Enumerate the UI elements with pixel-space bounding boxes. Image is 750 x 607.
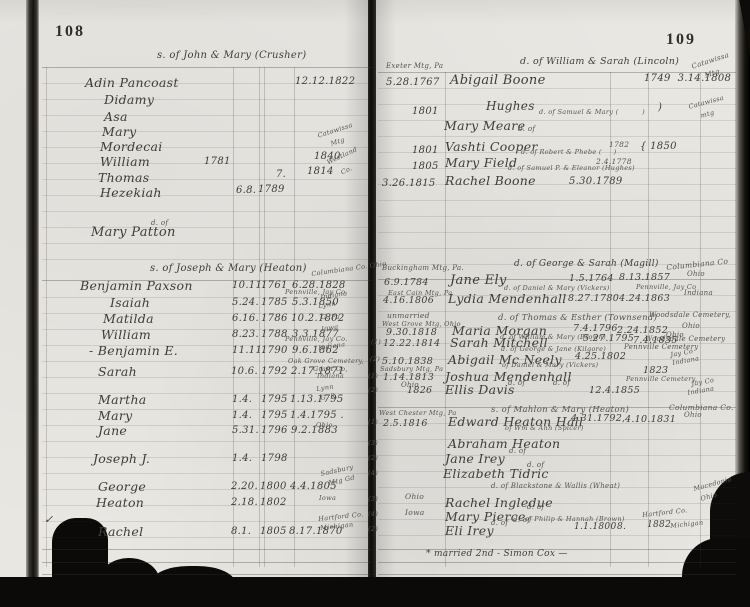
left-page-section-b-rows-2-name: Matilda [103, 312, 154, 325]
ledger-rule-horizontal [378, 136, 736, 137]
left-page-loose-sup: d. of [151, 220, 168, 227]
right-page-top-r6-name: Rachel Boone [445, 174, 536, 187]
ledger-rule-horizontal [378, 503, 736, 504]
right-page-bot-r1-pl: Ohio [684, 412, 702, 419]
left-page-section-a-rows-2-name: Asa [104, 110, 128, 123]
left-page-section-a-rows-6-death: 1814 [307, 167, 334, 178]
right-page-mid-r8-num: (2) [368, 387, 378, 394]
ledger-rule-horizontal [378, 120, 736, 121]
left-page-section-b-rows-10-birth-year: 1800 [260, 482, 287, 493]
right-page-mid-r8-d: 12.4.1855 [589, 386, 640, 396]
right-page-bot-r8-pl: Michigan [670, 520, 704, 530]
right-page-bot-r8-name: Eli Irey [445, 524, 494, 537]
right-page-top-r4-year: 1782 [609, 141, 629, 149]
ledger-rule-horizontal [42, 147, 372, 148]
right-page-mid-r4-pl: Ohio [682, 323, 700, 330]
book-binding-edge [26, 0, 39, 607]
right-page-bot-r6-num: (3) [368, 496, 378, 503]
left-page-section-b-rows-5-note1: Oak Grove Cemetery, [288, 358, 364, 365]
left-page-section-b-rows-0-name: Benjamin Paxson [80, 279, 193, 292]
right-page-mid-r5-pl: Ohio [666, 332, 684, 339]
left-page-section-b-rows-1-birth-md: 5.24. [232, 298, 259, 309]
right-page-mid-r5-date: 12.22.1814 [383, 339, 440, 349]
right-page-top-r3-sup: d. of [518, 126, 535, 133]
right-page-top-r5-date: 1805 [412, 162, 439, 173]
left-page-section-b-rows-1-birth-year: 1785 [261, 298, 288, 309]
right-page-mid-r2-d: 4.24.1863 [619, 294, 670, 304]
right-page-top-r6-bd: 5.30.1789 [569, 177, 623, 188]
right-page-bot-r8-num: (2) [368, 526, 378, 533]
right-page-mid-r4-parents: d. of Thomas & Esther (Townsend) [498, 314, 657, 323]
left-page-section-b-rows-11-birth-md: 2.18. [231, 498, 258, 509]
right-page-bot-r6-sup: d. of [527, 504, 544, 511]
right-page-top-r5-parents: d. of Samuel P. & Eleanor (Hughes) [508, 165, 635, 172]
left-page-section-b-rows-2-birth-year: 1786 [261, 314, 288, 325]
right-page-top-r1-bd: 1749 3.14.1808 [644, 74, 731, 85]
left-page-section-b-rows-3-birth-md: 8.23. [232, 330, 259, 341]
left-page-section-b-rows-2-note1: G. Pa. [321, 314, 342, 321]
left-page-section-a-rows-7-name: Hezekiah [100, 186, 162, 199]
ledger-rule-horizontal [378, 471, 736, 472]
left-page-section-b-rows-7-birth-md: 1.4. [232, 411, 252, 422]
left-page-section-b-rows-5-note3: Indiana [317, 373, 344, 380]
left-page-section-b-rows-5-birth-md: 10.6. [231, 367, 258, 378]
right-page-mid-r5-num: (1) [371, 339, 381, 346]
right-page-top-parents: d. of William & Sarah (Lincoln) [520, 57, 679, 67]
right-page-mid-r1-pl: Ohio [687, 271, 705, 278]
right-page-bot-r1-b: 4.31.1792, [571, 414, 625, 424]
left-page-section-a-parents-note: s. of John & Mary (Crusher) [157, 51, 306, 62]
left-page-section-b-rows-8-note1: Ohio [316, 422, 333, 429]
right-page-top-r3-name: Mary Meare [444, 119, 525, 132]
left-page-section-a-rows-6-death-md: 7. [276, 170, 286, 181]
left-page-section-a-rows-6-name: Thomas [98, 171, 149, 184]
ledger-rule-horizontal [378, 248, 736, 249]
right-page-bot-r6-pl: Ohio [405, 493, 424, 501]
left-page-section-b-rows-4-birth-year: 1790 [261, 346, 288, 357]
right-page-mid-r4-date: 9.30.1818 [386, 328, 437, 338]
left-page-section-b-rows-10-birth-md: 2.20. [231, 482, 258, 493]
right-page-bot-r3-name: Jane Irey [445, 452, 505, 465]
left-page-section-a-rows-5-birth-year: 1781 [204, 157, 231, 168]
left-page-section-b-rows-6-birth-md: 1.4. [232, 395, 252, 406]
left-page-section-b-rows-3-name: William [101, 328, 151, 341]
right-page-top-r5-name: Mary Field [445, 156, 517, 169]
right-page-bot-r7-num: (4) [368, 511, 378, 518]
right-page-mid-r7-sup: d. of [553, 380, 570, 387]
right-page-top-r2-name: Hughes [486, 100, 535, 113]
right-page-bot-r8-sup: d. of [491, 520, 508, 527]
right-page-bot-r4-num: (4) [368, 470, 378, 477]
left-page-section-a-rows-0-death: 12.12.1822 [295, 77, 355, 88]
right-page-top-r4-parents: d. of Robert & Phebe ( ) [521, 149, 616, 156]
left-page-section-a-rows-7-birth-md: 6.8. [236, 186, 256, 197]
right-page-bot-r1-parents: of Wm & Ann (Spicer) [505, 425, 584, 432]
right-page-bot-r1-d: 4.10.1831 [625, 415, 676, 425]
left-page-section-a-rows-1-name: Didamy [104, 93, 154, 106]
ledger-rule-horizontal [378, 574, 736, 575]
right-page-top-r2-note2: mtg [700, 109, 715, 119]
right-page-top-meeting: Exeter Mtg, Pa [386, 63, 443, 70]
left-page-section-b-rows-4-name: - Benjamin E. [89, 344, 178, 357]
right-page-bot-meeting: West Chester Mtg, Pa [379, 410, 457, 417]
right-page-bot-r1-num: (1) [368, 419, 378, 426]
right-page-bot-r2-num: (3) [368, 440, 378, 447]
right-page-mid-r7-num: (1) [368, 373, 378, 380]
ledger-rule-horizontal [42, 115, 372, 116]
left-page-section-b-rows-11-note1: Iowa [319, 495, 336, 502]
right-page-top-r2-note1: Catawissa [688, 95, 725, 111]
left-page-section-b-rows-9-name: Joseph J. [93, 452, 150, 465]
right-page-mid-r3-note1: unmarried [387, 312, 430, 320]
ledger-rule-horizontal [42, 549, 372, 550]
left-page-section-a-rows-0-name: Adin Pancoast [85, 76, 179, 89]
left-page-section-a-rows-3-name: Mary [102, 125, 137, 138]
right-page-bot-r3-num: (2) [368, 455, 378, 462]
right-page-top-r2-brace: ) [658, 103, 662, 114]
left-page-section-b-rows-1-name: Isaiah [110, 296, 150, 309]
left-page-section-b-rows-12-name: Rachel [98, 525, 143, 538]
left-page-section-b-rows-8-birth-md: 5.31. [232, 426, 259, 437]
left-page-section-b-rows-3-birth-year: 1788 [261, 330, 288, 341]
right-page-mid-r8-date: 1826 [407, 386, 432, 396]
right-page-top-corner1: Catawissa [691, 52, 730, 71]
footnote: * married 2nd - Simon Cox — [426, 550, 568, 559]
left-page-check-mark: ✓ [44, 514, 54, 526]
ledger-rule-horizontal [378, 455, 736, 456]
left-page-section-b-parents-note: s. of Joseph & Mary (Heaton) [150, 264, 307, 275]
ledger-rule-horizontal [42, 505, 372, 506]
right-page-mid-r1-name: Jane Ely [450, 274, 507, 288]
right-page-mid-r8-name: Ellis Davis [445, 383, 515, 396]
dark-blob-bottom-left [150, 566, 236, 607]
right-page-bot-r3-sup: d. of [509, 448, 526, 455]
left-page-section-b-rows-8-name: Jane [98, 424, 127, 437]
left-page-section-a-rows-7-birth-year: 1789 [258, 185, 285, 196]
right-page-mid-r2-name: Lydia Mendenhall [448, 292, 567, 305]
right-page-mid-r1-b: 1.5.1764 [569, 274, 614, 284]
left-page-loose-name: Mary Patton [91, 226, 176, 240]
ledger-rule-horizontal [42, 259, 372, 260]
left-page-section-b-rows-12-birth-year: 1805 [260, 527, 287, 538]
right-page-top-r2-parents: d. of Samuel & Mary ( ) [539, 109, 645, 116]
left-page-section-b-rows-6-name: Martha [98, 393, 147, 406]
right-page-bot-r1-date: 2.5.1816 [383, 419, 428, 429]
left-page-section-b-rows-9-birth-md: 1.4. [232, 454, 252, 465]
ledger-rule-horizontal [42, 67, 372, 68]
left-page-section-b-rows-11-birth-year: 1802 [260, 498, 287, 509]
right-page-top-r4-date: 1801 [412, 146, 439, 157]
ledger-rule-horizontal [42, 179, 372, 180]
right-page-mid-r7-cem: Pennville Cemetery, [626, 376, 697, 383]
left-page-section-b-rows-0-birth-year: 1761 [261, 281, 288, 292]
right-page-top-r5-bd: 2.4.1778 [596, 158, 632, 166]
ledger-rule-horizontal [378, 279, 736, 280]
ledger-rule-horizontal [42, 211, 372, 212]
ledger-rule-horizontal [42, 441, 372, 442]
ledger-rule-horizontal [42, 574, 372, 575]
ledger-rule-horizontal [378, 216, 736, 217]
right-page-mid-meeting: Buckingham Mtg, Pa. [382, 265, 464, 272]
ledger-rule-vertical [700, 72, 701, 567]
left-page-section-b-rows-6-birth-year: 1795 [261, 395, 288, 406]
ledger-rule-horizontal [42, 243, 372, 244]
ledger-rule-vertical [46, 67, 47, 567]
right-page-bot-r5-parents: d. of Blackstone & Wallis (Wheat) [491, 483, 620, 490]
scanned-ledger-photo: 108s. of John & Mary (Crusher)Adin Panco… [0, 0, 750, 607]
right-page-mid-r6-num: (2) [370, 356, 380, 363]
right-page-bot-r8-b: 1.1.1800 [574, 523, 616, 532]
left-page-section-b-rows-7-name: Mary [98, 409, 133, 422]
right-page-mid-r1-d: 8.13.1857 [619, 273, 670, 283]
left-page-section-a-rows-5-name: William [100, 155, 150, 168]
ledger-rule-horizontal [378, 104, 736, 105]
right-page-mid-r7-parents: of Daniel & Mary (Vickers) [502, 362, 598, 369]
right-page-bot-r8-b2: 8. [617, 523, 626, 532]
ledger-rule-horizontal [42, 457, 372, 458]
ledger-rule-horizontal [378, 232, 736, 233]
left-page-section-b-rows-5-name: Sarah [98, 365, 137, 378]
ledger-rule-horizontal [378, 535, 736, 536]
left-page-section-b-rows-10-name: George [98, 480, 146, 493]
left-page-section-b-rows-9-birth-year: 1798 [261, 454, 288, 465]
left-page-section-b-rows-7-death: 1.4.1795 . [290, 411, 344, 422]
right-page-mid-r2-b: 8.27.1780 [568, 294, 619, 304]
right-page-bot-r7-pl: Iowa [405, 509, 425, 517]
right-page-top-r4-death: { 1850 [640, 142, 677, 153]
left-page-section-b-rows-2-birth-md: 6.16. [232, 314, 259, 325]
left-page-section-a-rows-4-name: Mordecai [100, 140, 163, 153]
ledger-rule-horizontal [378, 562, 736, 563]
right-page-top-r1-name: Abigail Boone [450, 74, 546, 88]
left-page-section-b-rows-11-name: Heaton [96, 496, 144, 509]
left-page-page-number: 108 [55, 24, 85, 41]
right-page-mid-r8-sup: d. of [508, 380, 525, 387]
right-page-mid-r1-date: 6.9.1784 [384, 278, 429, 288]
right-page-bot-r8-d: 1882 [647, 521, 671, 530]
ledger-rule-horizontal [42, 99, 372, 100]
left-page-section-b-rows-12-birth-md: 8.1. [231, 527, 251, 538]
right-page-page-number: 109 [666, 32, 696, 49]
right-page-top-r2-date: 1801 [412, 107, 439, 118]
right-page-mid-r4-cem: Woodsdale Cemetery, [649, 312, 731, 319]
left-page-section-b-rows-8-birth-year: 1796 [261, 426, 288, 437]
right-page-top-r6-date: 3.26.1815 [382, 179, 436, 190]
ledger-rule-horizontal [378, 200, 736, 201]
ledger-rule-horizontal [42, 562, 372, 563]
ledger-rule-horizontal [42, 195, 372, 196]
left-page-section-b-rows-7-birth-year: 1795 [261, 411, 288, 422]
right-page-mid-r2-pl: Indiana [684, 290, 713, 297]
right-page-bot-r4-sup: d. of [527, 462, 544, 469]
right-page-top-r1-date: 5.28.1767 [386, 78, 440, 89]
left-page-section-b-rows-5-birth-year: 1792 [261, 367, 288, 378]
right-page-mid-r2-date: 4.16.1806 [383, 296, 434, 306]
right-page-bot-r2-name: Abraham Heaton [448, 437, 560, 450]
right-page-mid-parents: d. of George & Sarah (Magill) [514, 260, 659, 269]
